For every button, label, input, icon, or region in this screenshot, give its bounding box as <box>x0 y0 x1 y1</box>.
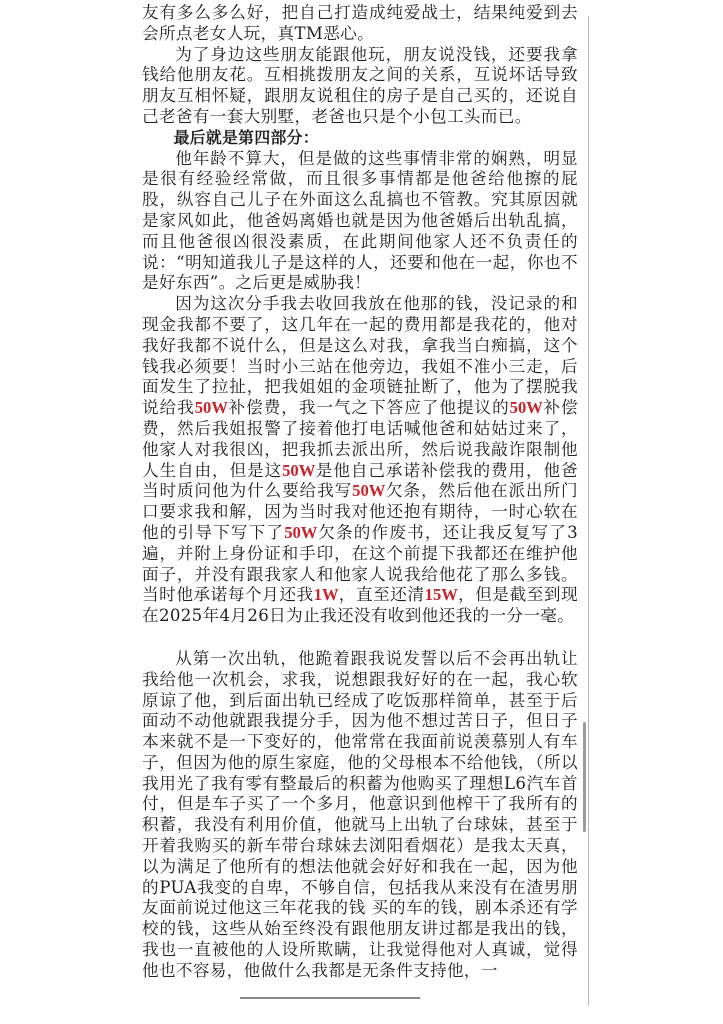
page-border-line <box>588 16 589 1006</box>
paragraph-text: 补偿费，我一气之下答应了他提议的 <box>228 398 510 417</box>
highlighted-amount: 1W <box>314 585 339 604</box>
paragraph-gap <box>142 627 578 649</box>
paragraph: 为了身边这些朋友能跟他玩，朋友说没钱，还要我拿钱给他朋友花。互相挑拨朋友之间的关… <box>142 45 578 128</box>
highlighted-amount: 50W <box>284 523 317 542</box>
paragraph-text: ，直至还清 <box>339 585 425 604</box>
highlighted-amount: 50W <box>282 461 315 480</box>
paragraph: 因为这次分手我去收回我放在他那的钱，没记录的和现金我都不要了，这几年在一起的费用… <box>142 294 578 627</box>
paragraph: 从第一次出轨，他跪着跟我说发誓以后不会再出轨让我给他一次机会，求我，说想跟我好好… <box>142 649 578 982</box>
strikethrough-mark <box>240 997 420 999</box>
paragraph: 友有多么多么好，把自己打造成纯爱战士，结果纯爱到去会所点老女人玩，真TM恶心。 <box>142 3 578 45</box>
highlighted-amount: 50W <box>352 481 385 500</box>
paragraph-text: 从第一次出轨，他跪着跟我说发誓以后不会再出轨让我给他一次机会，求我，说想跟我好好… <box>142 649 578 980</box>
paragraph-text: 为了身边这些朋友能跟他玩，朋友说没钱，还要我拿钱给他朋友花。互相挑拨朋友之间的关… <box>142 45 578 126</box>
paragraph-text: 友有多么多么好，把自己打造成纯爱战士，结果纯爱到去会所点老女人玩，真TM恶心。 <box>142 3 578 43</box>
paragraph: 他年龄不算大，但是做的这些事情非常的娴熟，明显是很有经验经常做，而且很多事情都是… <box>142 149 578 295</box>
paragraph-text: 他年龄不算大，但是做的这些事情非常的娴熟，明显是很有经验经常做，而且很多事情都是… <box>142 149 578 293</box>
highlighted-amount: 50W <box>510 398 543 417</box>
document-page: 友有多么多么好，把自己打造成纯爱战士，结果纯爱到去会所点老女人玩，真TM恶心。为… <box>142 3 578 982</box>
highlighted-amount: 50W <box>195 398 228 417</box>
paragraph-text: 最后就是第四部分： <box>174 128 319 147</box>
vertical-scrollbar-thumb[interactable] <box>583 722 586 832</box>
highlighted-amount: 15W <box>425 585 458 604</box>
section-heading: 最后就是第四部分： <box>142 128 578 149</box>
